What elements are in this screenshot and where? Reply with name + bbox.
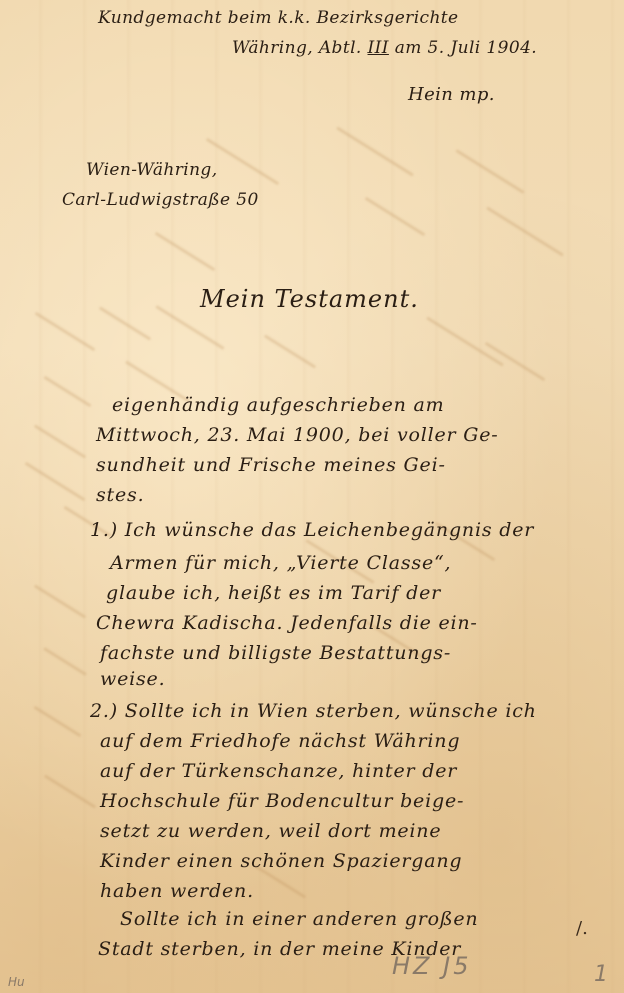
court-note-line1: Kundgemacht beim k.k. Bezirksgerichte	[98, 8, 459, 28]
body-line: Kinder einen schönen Spaziergang	[100, 850, 462, 872]
court-note-date: am 5. Juli 1904.	[395, 38, 537, 58]
body-line: eigenhändig aufgeschrieben am	[112, 394, 444, 416]
body-line: 2.) Sollte ich in Wien sterben, wünsche …	[90, 700, 537, 722]
document-title: Mein Testament.	[200, 285, 419, 313]
body-line: fachste und billigste Bestattungs-	[100, 642, 451, 664]
body-line: Sollte ich in einer anderen großen	[120, 908, 478, 930]
court-note-line2: Währing, Abtl. III am 5. Juli 1904.	[232, 38, 537, 58]
body-line: Chewra Kadischa. Jedenfalls die ein-	[96, 612, 478, 634]
body-line: auf der Türkenschanze, hinter der	[100, 760, 457, 782]
page-number: 1	[594, 962, 608, 987]
body-line: setzt zu werden, weil dort meine	[100, 820, 441, 842]
body-line: stes.	[96, 484, 144, 506]
body-line: glaube ich, heißt es im Tarif der	[106, 582, 441, 604]
body-line: auf dem Friedhofe nächst Währing	[100, 730, 460, 752]
court-note-place: Währing, Abtl.	[232, 38, 362, 58]
body-line: 1.) Ich wünsche das Leichenbegängnis der	[90, 519, 534, 541]
court-signature: Hein mp.	[408, 84, 495, 105]
body-line: Hochschule für Bodencultur beige-	[100, 790, 464, 812]
body-line: Mittwoch, 23. Mai 1900, bei voller Ge-	[96, 424, 499, 446]
archive-signature: HZ J5	[392, 952, 471, 980]
court-note-division: III	[368, 38, 389, 58]
body-line: sundheit und Frische meines Gei-	[96, 454, 446, 476]
bleed-through-strokes	[0, 0, 624, 993]
manuscript-page: Kundgemacht beim k.k. Bezirksgerichte Wä…	[0, 0, 624, 993]
scan-banding	[0, 0, 624, 993]
body-line: haben werden.	[100, 880, 254, 902]
continuation-mark: /.	[576, 918, 588, 939]
address-line1: Wien-Währing,	[86, 160, 218, 180]
body-line: weise.	[100, 668, 165, 690]
corner-note: Hu	[8, 975, 25, 989]
address-line2: Carl-Ludwigstraße 50	[62, 190, 259, 210]
body-line: Armen für mich, „Vierte Classe“,	[110, 552, 451, 574]
